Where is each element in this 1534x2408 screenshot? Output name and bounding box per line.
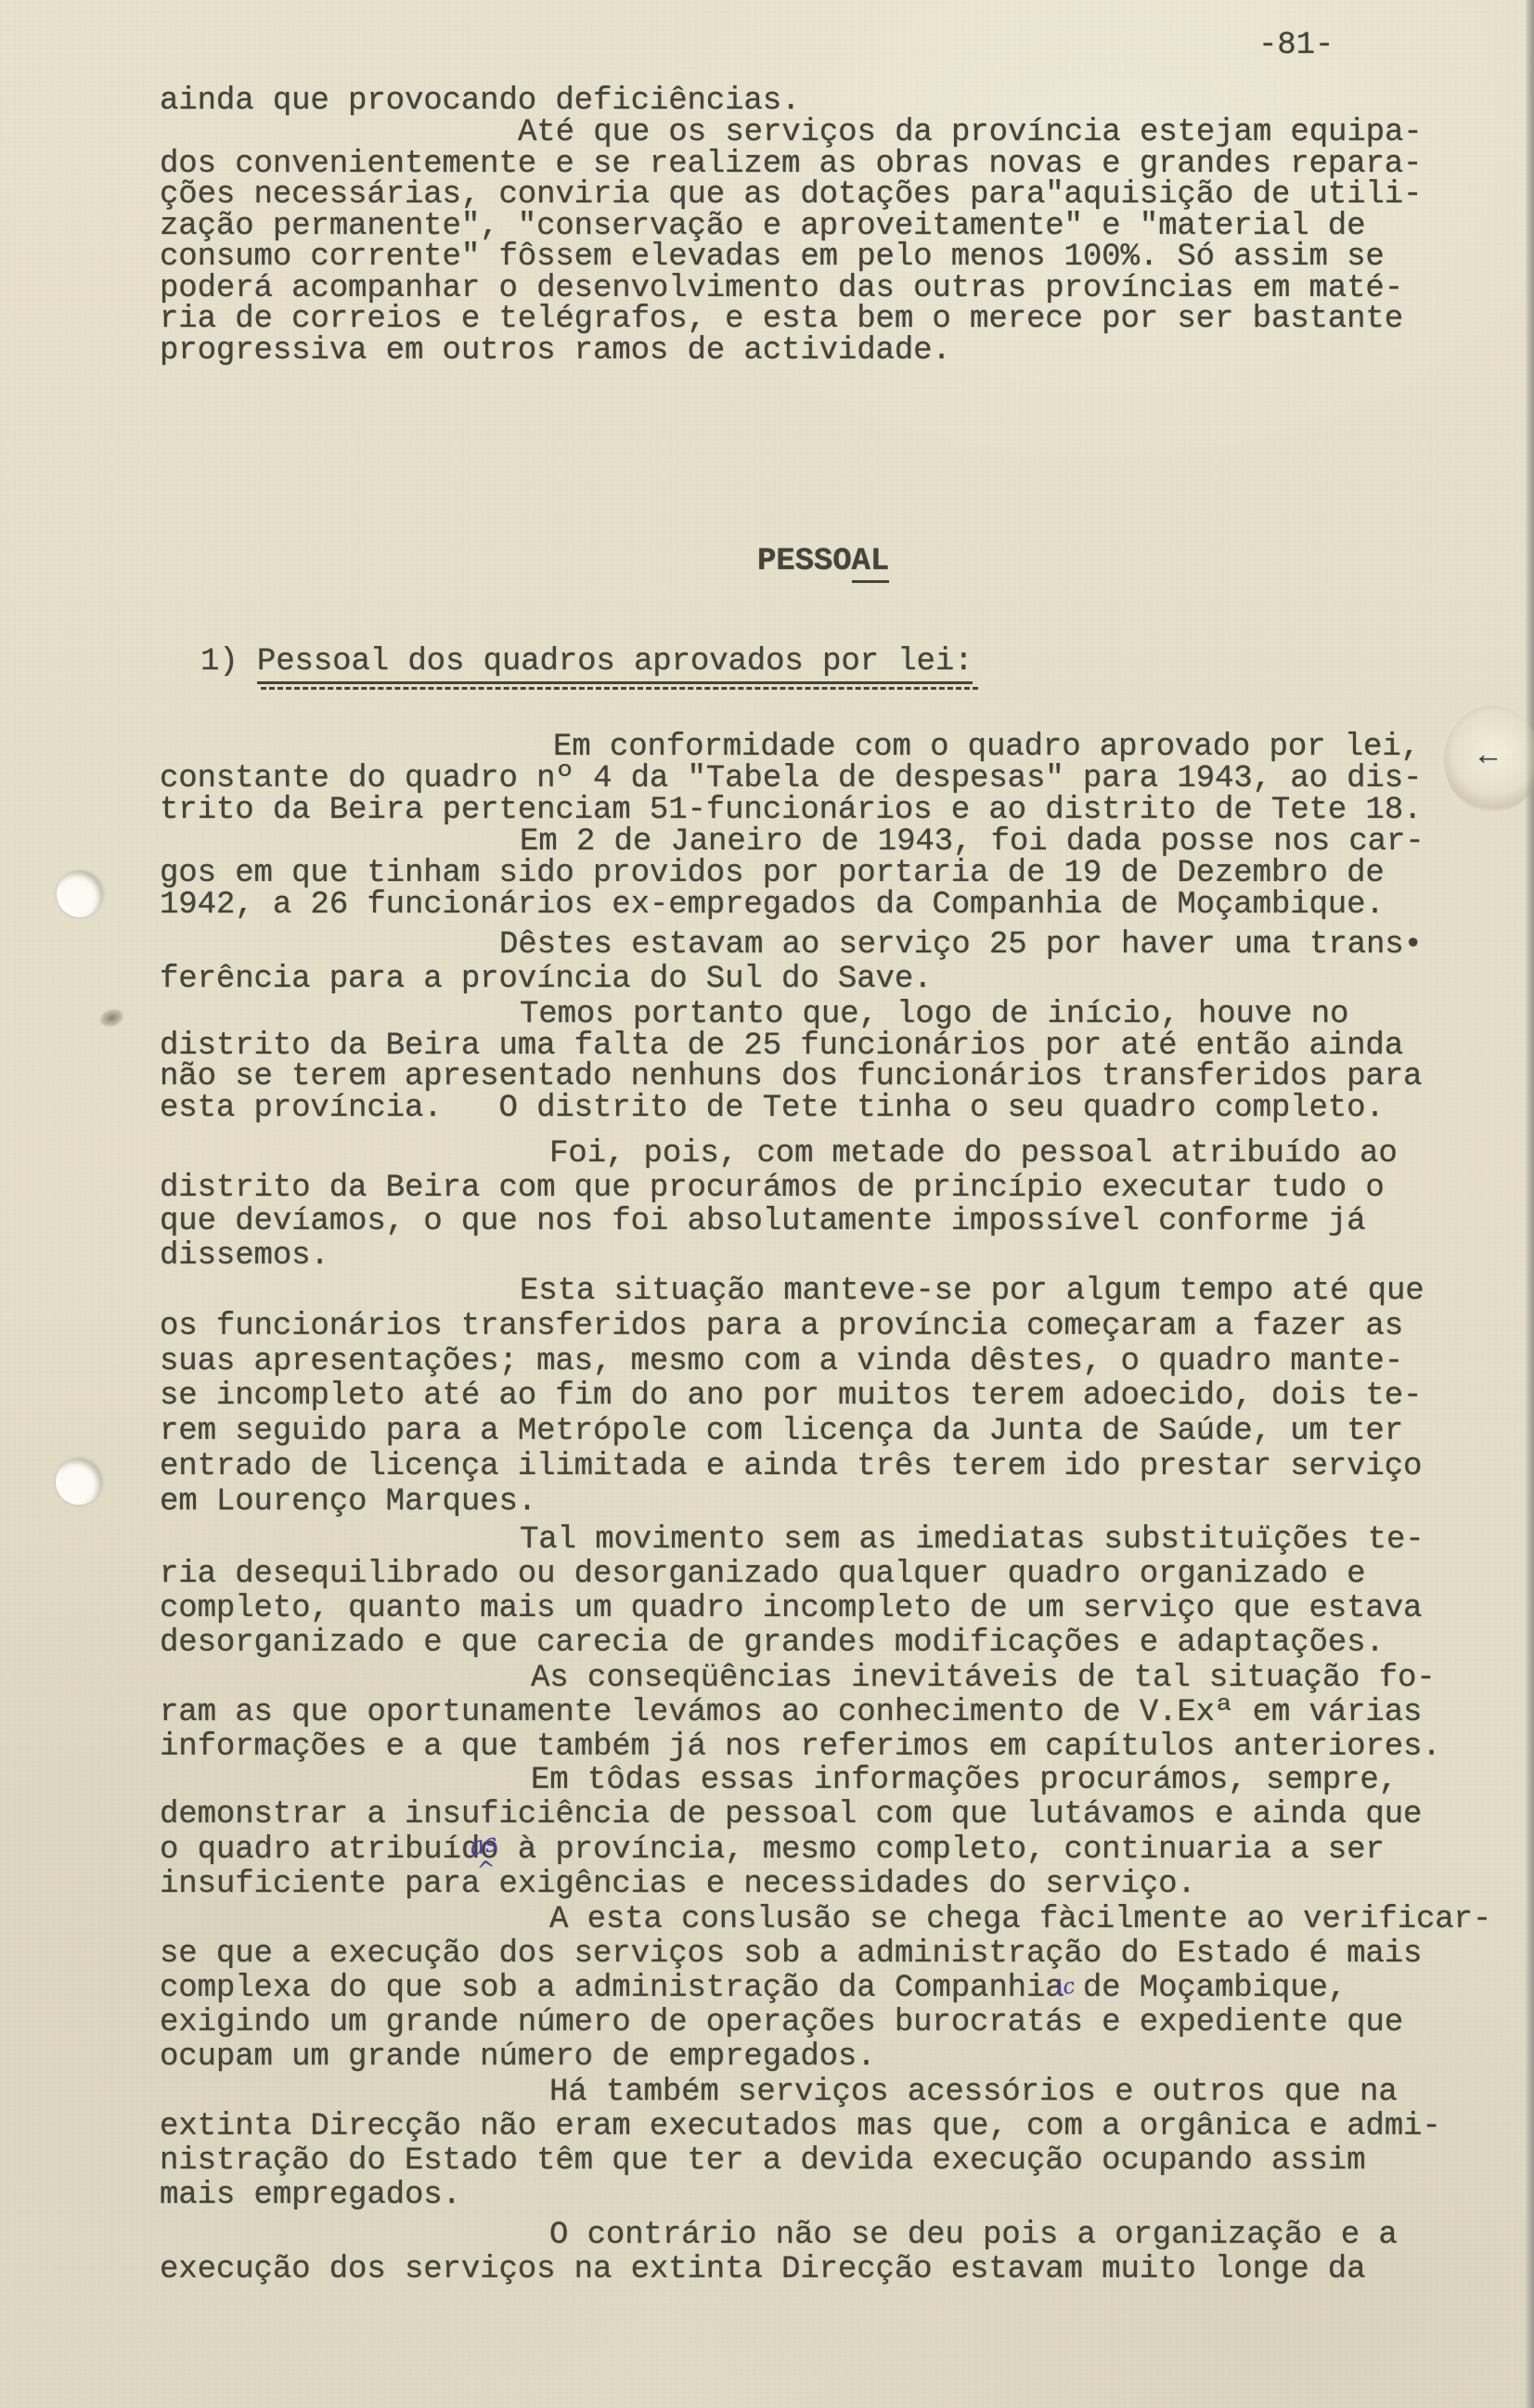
handwritten-correction: ic: [1054, 1974, 1076, 2001]
text-line: dos convenientemente e se realizem as ob…: [160, 149, 1459, 181]
text-line: 1942, a 26 funcionários ex-empregados da…: [160, 889, 1459, 921]
margin-mark: ←: [1479, 739, 1497, 773]
text-line: Esta situação manteve-se por algum tempo…: [160, 1275, 1459, 1310]
text-line: desorganizado e que carecia de grandes m…: [160, 1626, 1459, 1661]
subsection-heading: 1) Pessoal dos quadros aprovados por lei…: [200, 644, 973, 680]
paragraph-p1: ainda que provocando deficiências.: [160, 86, 1459, 118]
text-line: ções necessárias, conviria que as dotaçõ…: [160, 180, 1459, 212]
heading-underlined: AL: [852, 544, 890, 583]
text-line: os funcionários transferidos para a prov…: [160, 1310, 1459, 1345]
text-line: ainda que provocando deficiências.: [160, 86, 1459, 118]
text-line: Em conformidade com o quadro aprovado po…: [160, 731, 1459, 763]
typewritten-text-layer: -81- PESSOAL 1) Pessoal dos quadros apro…: [0, 0, 1534, 2408]
text-line: suas apresentações; mas, mesmo com a vin…: [160, 1345, 1459, 1380]
text-line: complexa do que sob a administração da C…: [160, 1972, 1459, 2006]
text-line: Até que os serviços da província estejam…: [160, 118, 1459, 149]
paragraph-p2: Até que os serviços da província estejam…: [160, 118, 1459, 367]
heading-plain: PESSO: [757, 544, 852, 579]
text-line: constante do quadro nº 4 da "Tabela de d…: [160, 763, 1459, 795]
text-line: poderá acompanhar o desenvolvimento das …: [160, 274, 1459, 305]
text-line: distrito da Beira uma falta de 25 funcio…: [160, 1031, 1459, 1063]
text-line: As conseqüências inevitáveis de tal situ…: [160, 1662, 1459, 1696]
text-line: execução dos serviços na extinta Direcçã…: [160, 2253, 1459, 2287]
text-line: ria desequilibrado ou desorganizado qual…: [160, 1558, 1459, 1592]
paragraph-p9: Tal movimento sem as imediatas substituï…: [160, 1523, 1459, 1661]
text-line: nistração do Estado têm que ter a devida…: [160, 2144, 1459, 2179]
text-line: em Lourenço Marques.: [160, 1485, 1459, 1521]
paragraph-p14: O contrário não se deu pois a organizaçã…: [160, 2219, 1459, 2287]
text-line: dissemos.: [160, 1239, 1459, 1274]
handwritten-caret: ^: [476, 1856, 497, 1884]
paragraph-p13: Há também serviços acessórios e outros q…: [160, 2076, 1459, 2213]
text-line: ocupam um grande número de empregados.: [160, 2040, 1459, 2075]
page-number: -81-: [1258, 28, 1334, 63]
text-line: distrito da Beira com que procurámos de …: [160, 1172, 1459, 1206]
text-line: que devíamos, o que nos foi absolutament…: [160, 1205, 1459, 1239]
text-line: trito da Beira pertenciam 51-funcionário…: [160, 795, 1459, 826]
paragraph-p5: Dêstes estavam ao serviço 25 por haver u…: [160, 928, 1459, 997]
text-line: Em tôdas essas informações procurámos, s…: [160, 1764, 1459, 1798]
text-line: o quadro atribuído à província, mesmo co…: [160, 1833, 1459, 1868]
text-line: esta província. O distrito de Tete tinha…: [160, 1094, 1459, 1125]
text-line: consumo corrente" fôssem elevadas em pel…: [160, 242, 1459, 274]
text-line: insuficiente para exigências e necessida…: [160, 1868, 1459, 1902]
text-line: Tal movimento sem as imediatas substituï…: [160, 1523, 1459, 1558]
text-line: Foi, pois, com metade do pessoal atribuí…: [160, 1137, 1459, 1172]
text-line: ria de correios e telégrafos, e esta bem…: [160, 304, 1459, 336]
paragraph-p4: Em 2 de Janeiro de 1943, foi dada posse …: [160, 826, 1459, 921]
paragraph-p11: Em tôdas essas informações procurámos, s…: [160, 1764, 1459, 1902]
paragraph-p3: Em conformidade com o quadro aprovado po…: [160, 731, 1459, 826]
text-line: zação permanente", "conservação e aprove…: [160, 212, 1459, 243]
text-line: mais empregados.: [160, 2179, 1459, 2213]
text-line: extinta Direcção não eram executados mas…: [160, 2110, 1459, 2144]
section-heading-pessoal: PESSOAL: [757, 544, 889, 579]
text-line: O contrário não se deu pois a organizaçã…: [160, 2219, 1459, 2253]
text-line: informações e a que também já nos referi…: [160, 1730, 1459, 1765]
subsection-number: 1): [200, 644, 257, 680]
paragraph-p7: Foi, pois, com metade do pessoal atribuí…: [160, 1137, 1459, 1273]
text-line: se que a execução dos serviços sob a adm…: [160, 1937, 1459, 1972]
text-line: Há também serviços acessórios e outros q…: [160, 2076, 1459, 2110]
text-line: entrado de licença ilimitada e ainda trê…: [160, 1450, 1459, 1485]
text-line: ferência para a província do Sul do Save…: [160, 963, 1459, 997]
paragraph-p8: Esta situação manteve-se por algum tempo…: [160, 1275, 1459, 1521]
text-line: não se terem apresentado nenhuns dos fun…: [160, 1062, 1459, 1094]
scanned-typewritten-page: { "page_number": "-81-", "heading": { "p…: [0, 0, 1534, 2408]
text-line: completo, quanto mais um quadro incomple…: [160, 1592, 1459, 1626]
text-line: ram as que oportunamente levámos ao conh…: [160, 1696, 1459, 1730]
text-line: Temos portanto que, logo de início, houv…: [160, 1000, 1459, 1031]
paragraph-p12: A esta conslusão se chega fàcilmente ao …: [160, 1903, 1459, 2075]
subsection-title: Pessoal dos quadros aprovados por lei:: [257, 644, 973, 684]
text-line: A esta conslusão se chega fàcilmente ao …: [160, 1903, 1459, 1937]
text-line: rem seguido para a Metrópole com licença…: [160, 1415, 1459, 1450]
text-line: gos em que tinham sido providos por port…: [160, 858, 1459, 889]
paragraph-p6: Temos portanto que, logo de início, houv…: [160, 1000, 1459, 1124]
text-line: progressiva em outros ramos de actividad…: [160, 336, 1459, 368]
text-line: Dêstes estavam ao serviço 25 por haver u…: [160, 928, 1459, 963]
text-line: se incompleto até ao fim do ano por muit…: [160, 1379, 1459, 1415]
text-line: exigindo um grande número de operações b…: [160, 2006, 1459, 2040]
text-line: demonstrar a insuficiência de pessoal co…: [160, 1798, 1459, 1832]
paragraph-p10: As conseqüências inevitáveis de tal situ…: [160, 1662, 1459, 1765]
text-line: Em 2 de Janeiro de 1943, foi dada posse …: [160, 826, 1459, 858]
